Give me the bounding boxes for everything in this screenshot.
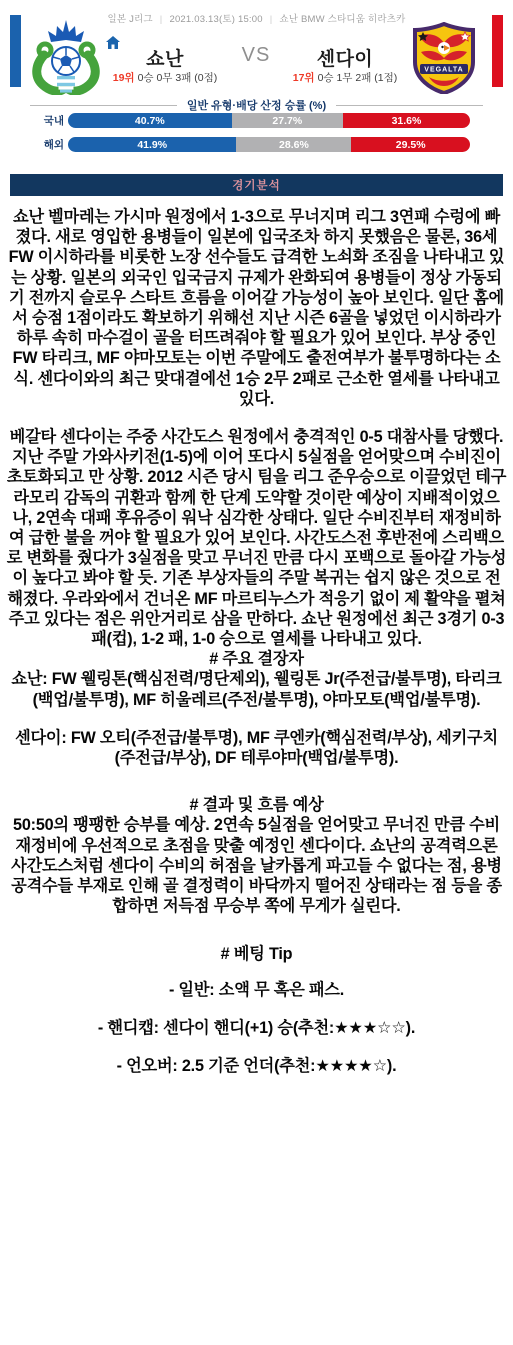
draw-segment: 28.6% (236, 137, 351, 152)
analysis-section-header: 경기분석 (10, 174, 503, 196)
section-heading-absentees: # 주요 결장자 (0, 649, 513, 669)
win-rate-title-row: 일반 유형·배당 산정 승률 (%) (30, 97, 483, 113)
away-accent-bar (492, 15, 503, 87)
home-team-logo (32, 19, 100, 100)
divider-line (336, 105, 483, 106)
betting-tip-item: - 일반: 소액 무 혹은 패스. (0, 980, 513, 1000)
home-team-record-text: 0승 0무 3패 (0점) (138, 72, 218, 84)
win-rate-row-label: 국내 (38, 113, 64, 128)
home-team-analysis-paragraph: 쇼난 벨마레는 가시마 원정에서 1-3으로 무너지며 리그 3연패 수렁에 빠… (0, 207, 513, 409)
separator: | (270, 14, 273, 25)
divider-line (30, 105, 177, 106)
win-rate-row-label: 해외 (38, 137, 64, 152)
match-analysis-page: { "header": { "league_info": { "league":… (0, 0, 513, 1345)
home-win-segment: 41.9% (68, 137, 236, 152)
win-rate-title: 일반 유형·배당 산정 승률 (%) (187, 97, 326, 113)
home-team-rank: 19위 (113, 72, 135, 84)
away-team-rank: 17위 (293, 72, 315, 84)
league-name: 일본 J리그 (107, 14, 152, 25)
section-heading-prediction: # 결과 및 흐름 예상 (0, 795, 513, 815)
win-rate-row-overseas: 해외 41.9% 28.6% 29.5% (0, 137, 470, 152)
betting-tips-list: - 일반: 소액 무 혹은 패스. - 핸디캡: 센다이 핸디(+1) 승(추천… (0, 980, 513, 1077)
betting-tip-item: - 언오버: 2.5 기준 언더(추천:★★★★☆). (0, 1056, 513, 1076)
absentees-home-text: 쇼난: FW 웰링톤(핵심전력/명단제외), 웰링톤 Jr(주전급/불투명), … (0, 669, 513, 709)
win-rate-bar: 40.7% 27.7% 31.6% (68, 113, 470, 128)
analysis-article: 쇼난 벨마레는 가시마 원정에서 1-3으로 무너지며 리그 3연패 수렁에 빠… (0, 207, 513, 1094)
svg-text:VEGALTA: VEGALTA (424, 67, 463, 74)
section-heading-betting-tip: # 베팅 Tip (0, 944, 513, 964)
away-team-record: 17위0승 1무 2패 (1점) (270, 70, 420, 85)
match-datetime: 2021.03.13(토) 15:00 (169, 14, 262, 25)
home-team-name: 쇼난 (110, 44, 220, 71)
win-rate-row-domestic: 국내 40.7% 27.7% 31.6% (0, 113, 470, 128)
away-team-name: 센다이 (290, 44, 400, 71)
vegalta-sendai-crest-icon: VEGALTA (411, 22, 477, 94)
away-win-segment: 29.5% (351, 137, 470, 152)
prediction-text: 50:50의 팽팽한 승부를 예상. 2연속 5실점을 얻어맞고 무너진 만큼 … (0, 815, 513, 916)
home-accent-bar (10, 15, 21, 87)
draw-segment: 27.7% (232, 113, 343, 128)
betting-tip-item: - 핸디캡: 센다이 핸디(+1) 승(추천:★★★☆☆). (0, 1018, 513, 1038)
away-win-segment: 31.6% (343, 113, 470, 128)
away-team-logo: VEGALTA (411, 22, 477, 99)
home-win-segment: 40.7% (68, 113, 232, 128)
absentees-away-text: 센다이: FW 오티(주전급/불투명), MF 쿠엔카(핵심전력/부상), 세키… (0, 728, 513, 768)
stadium-name: 쇼난 BMW 스타디움 히라츠카 (279, 14, 405, 25)
away-team-record-text: 0승 1무 2패 (1점) (318, 72, 398, 84)
win-rate-bar: 41.9% 28.6% 29.5% (68, 137, 470, 152)
home-team-record: 19위0승 0무 3패 (0점) (90, 70, 240, 85)
away-team-analysis-paragraph: 베갈타 센다이는 주중 사간도스 원정에서 충격적인 0-5 대참사를 당했다.… (0, 427, 513, 649)
separator: | (160, 14, 163, 25)
vs-label: VS (228, 44, 284, 67)
